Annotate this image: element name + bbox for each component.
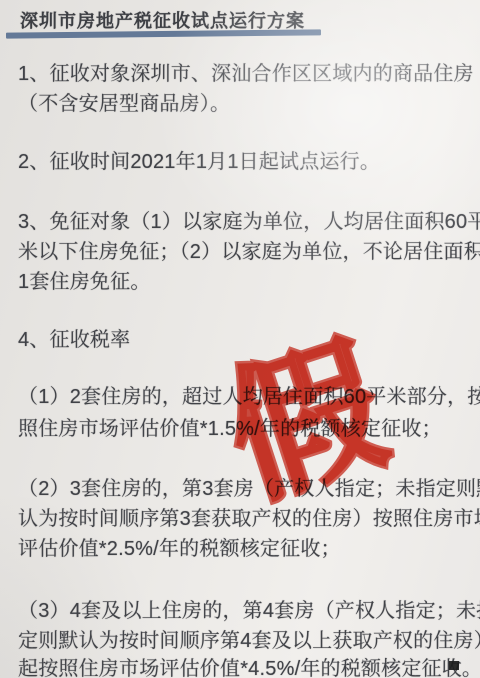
doc-line: 定则默认为按时间顺序第4套及以上获取产权的住房） — [18, 630, 480, 653]
doc-line: 2、征收时间2021年1月1日起试点运行。 — [18, 151, 380, 174]
doc-line: 评估价值*2.5%/年的税额核定征收； — [18, 538, 341, 561]
doc-line: 米以下住房免征；（2）以家庭为单位，不论居住面积 — [18, 241, 480, 264]
doc-line: 照住房市场评估价值*1.5%/年的税额核定征收； — [18, 418, 442, 441]
doc-line: 起按照住房市场评估价值*4.5%/年的税额核定征收。 — [18, 658, 480, 678]
doc-line: 3、免征对象（1）以家庭为单位，人均居住面积60平 — [18, 211, 480, 234]
doc-line: 1、征收对象深圳市、深汕合作区区域内的商品住房 — [18, 63, 474, 86]
doc-line: 4、征收税率 — [18, 329, 130, 352]
doc-line: （2）3套住房的，第3套房（产权人指定；未指定则默 — [18, 478, 480, 501]
black-square-artifact — [449, 661, 459, 670]
doc-line: （3）4套及以上住房的，第4套房（产权人指定；未指 — [18, 600, 480, 623]
doc-line: 1套住房免征。 — [18, 271, 151, 294]
doc-line: （不含安居型商品房）。 — [18, 93, 230, 116]
document-photo: 深圳市房地产税征收试点运行方案 1、征收对象深圳市、深汕合作区区域内的商品住房 … — [0, 0, 480, 678]
doc-line: 认为按时间顺序第3套获取产权的住房）按照住房市场 — [18, 508, 480, 531]
doc-line: （1）2套住房的，超过人均居住面积60平米部分，按 — [18, 386, 480, 409]
